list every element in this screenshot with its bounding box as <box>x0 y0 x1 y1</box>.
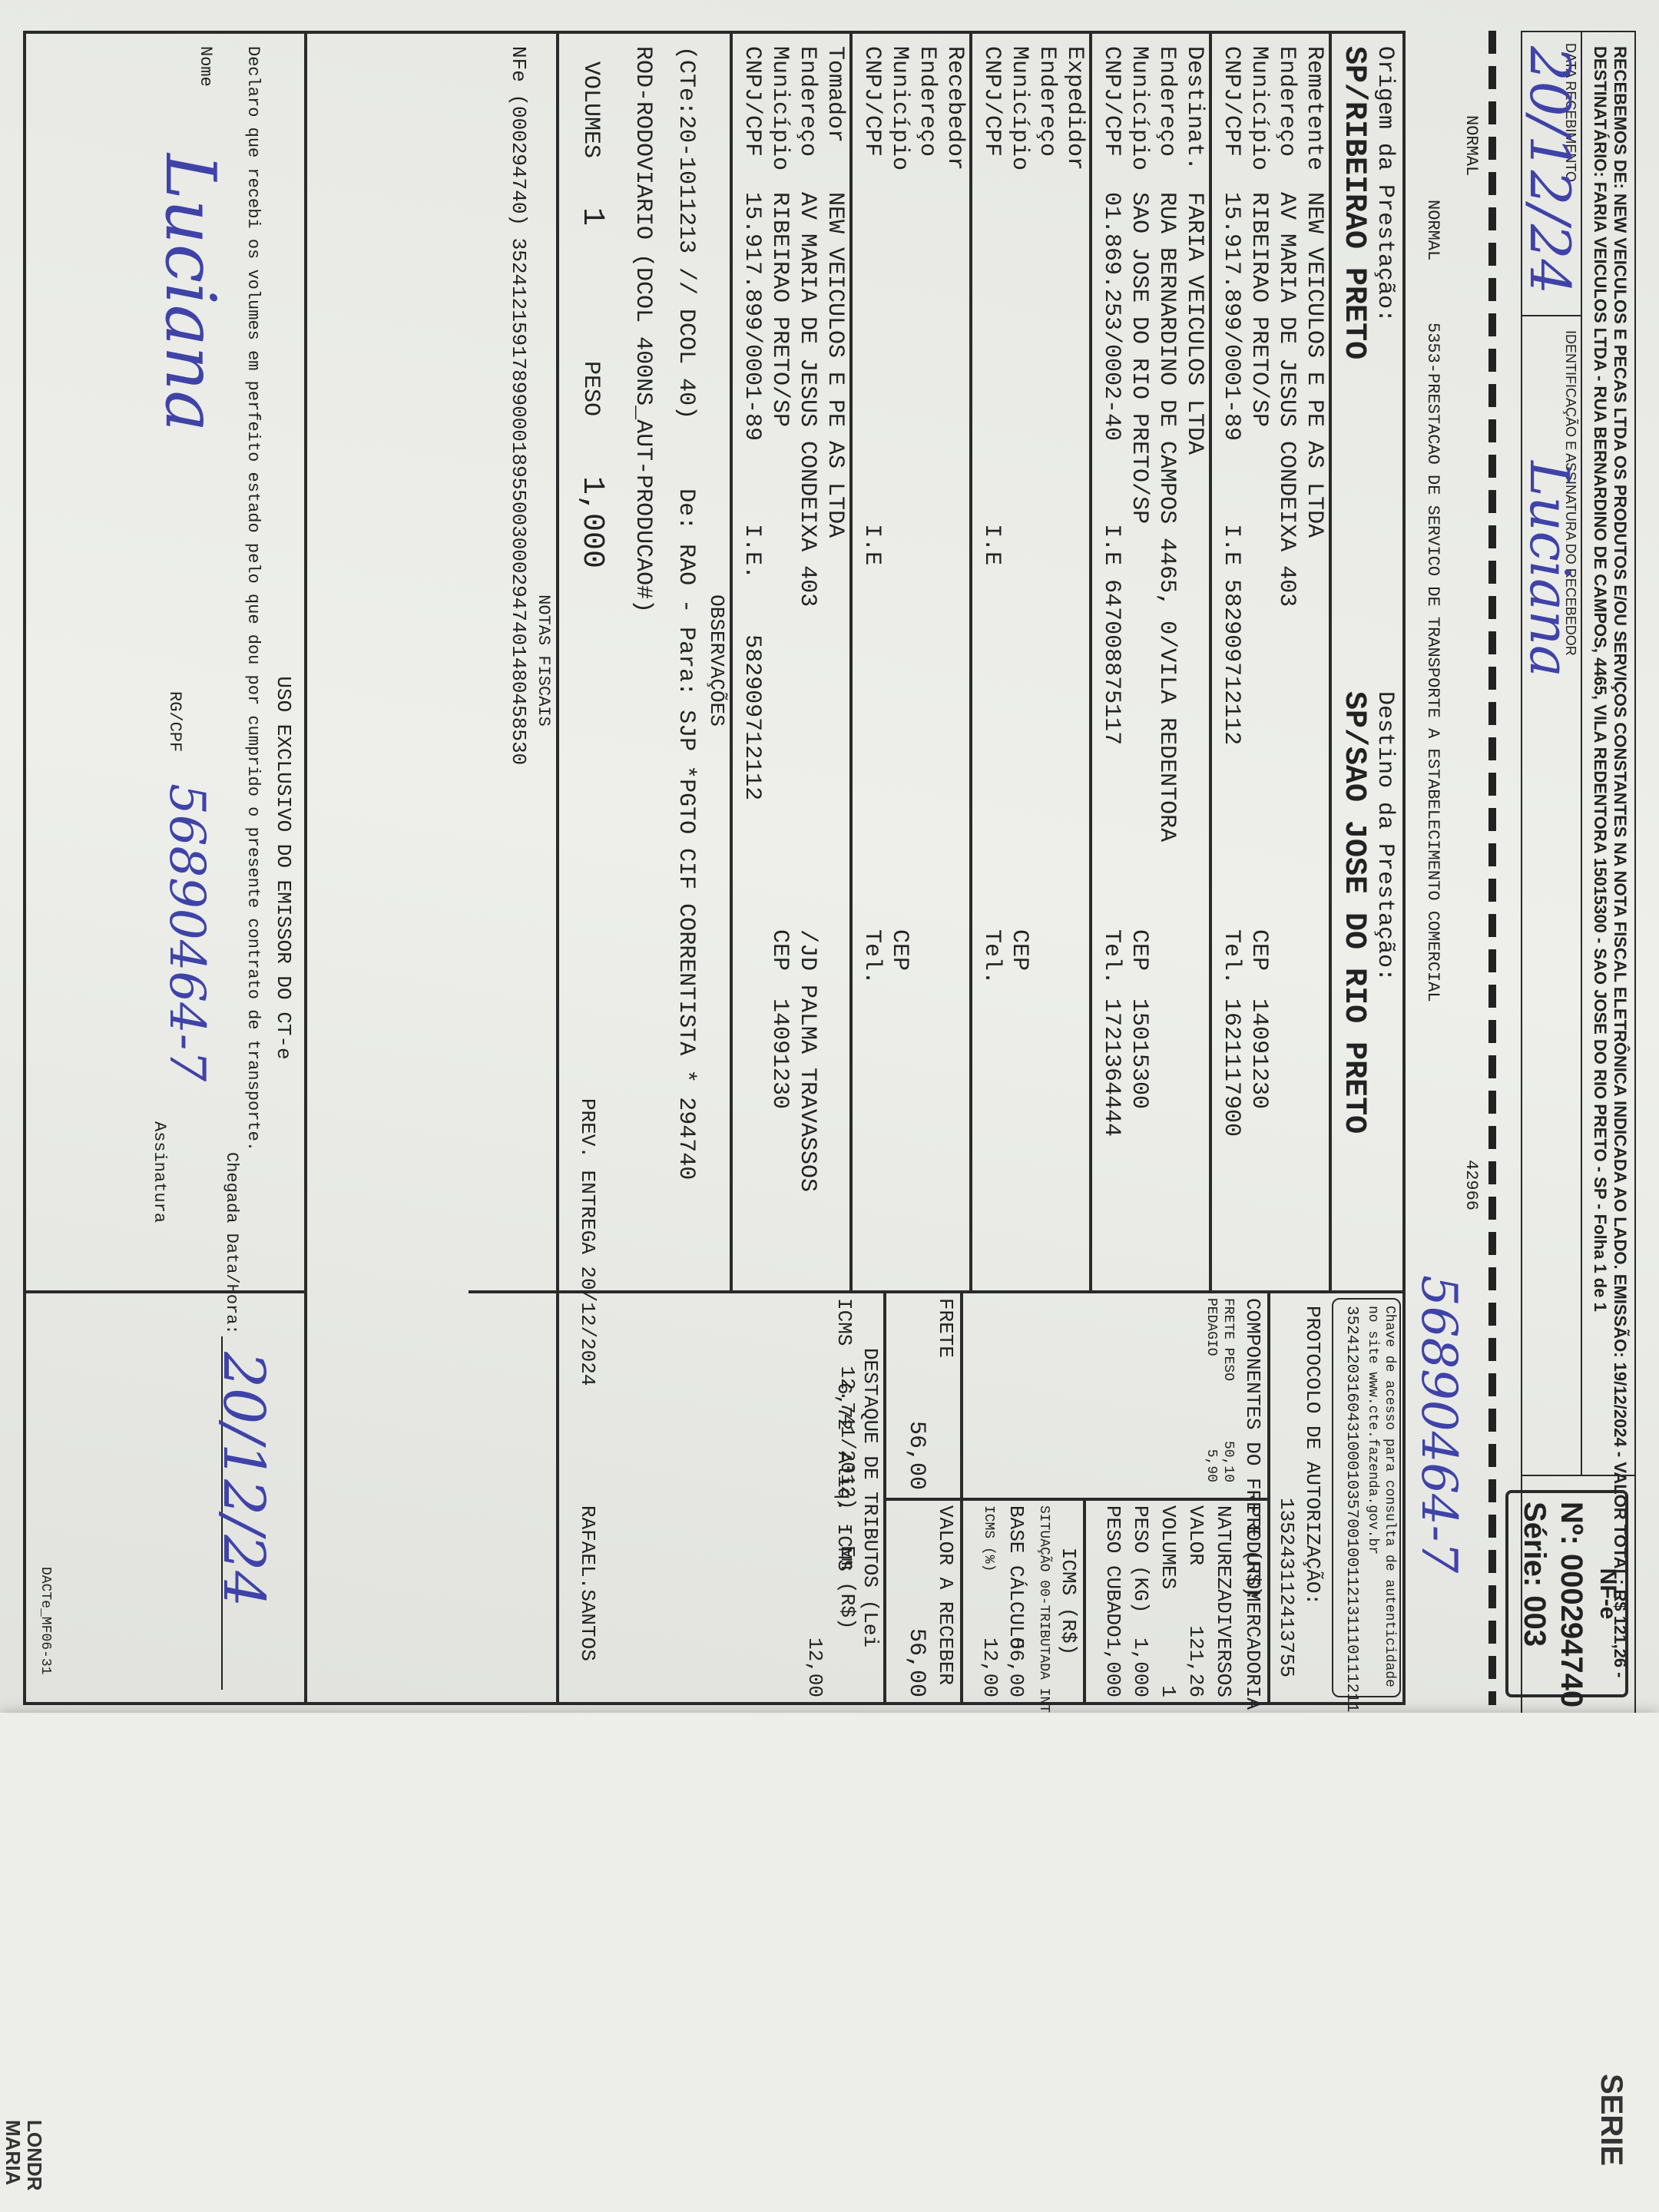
background-fragment-serie: SERIE <box>1594 2074 1628 2166</box>
background-sheet <box>0 1713 1659 2212</box>
handwritten-number: 56890464-7 <box>1410 1275 1467 1573</box>
valor-receber-label: VALOR A RECEBER <box>934 1505 957 1685</box>
recebedor-row-value: I.E <box>859 192 885 565</box>
destinatario-row: EndereçoRUA BERNARDINO DE CAMPOS 4465, 0… <box>1152 46 1180 1275</box>
tomador-row: TomadorNEW VEICULOS E PE AS LTDA <box>820 46 848 1275</box>
expedidor-row-label: Expedidor <box>1061 46 1088 192</box>
recebedor-row-label: Endereço <box>914 46 940 192</box>
nfe-serie: Série: 003 <box>1518 1502 1551 1647</box>
tomador-row-label: CNPJ/CPF <box>739 46 765 192</box>
chegada-label: Chegada Data/Hora: <box>221 1152 241 1335</box>
carga-value: DIVERSOS <box>1207 1601 1235 1697</box>
canhoto-recebemos: RECEBEMOS DE: NEW VEICULOS E PECAS LTDA … <box>1610 46 1630 1678</box>
destinatario-row-value: SAO JOSE DO RIO PRETO/SP <box>1126 192 1152 524</box>
tomador-row: EndereçoAV MARIA DE JESUS CONDEIXA 403/J… <box>793 46 820 1275</box>
icms-aliq-label: ICMS (%) <box>980 1505 997 1571</box>
recebedor-row: CNPJ/CPF I.ETel. <box>857 46 885 1275</box>
remetente-row-value: 15.917.899/0001-89 I.E 582909712112 <box>1218 192 1244 745</box>
tipo-cte: NORMAL <box>1461 115 1481 176</box>
nome-label: Nome <box>195 46 215 87</box>
recebedor-block: RecebedorEndereçoMunicípioCEPCNPJ/CPF I.… <box>857 46 968 1275</box>
tomador-row-value: AV MARIA DE JESUS CONDEIXA 403 <box>794 192 820 607</box>
expedidor-row: Expedidor <box>1060 46 1088 1275</box>
carga-value: 121,26 <box>1180 1625 1207 1697</box>
frete-label: FRETE <box>934 1298 957 1358</box>
icms-title: ICMS (R$) <box>1057 1498 1080 1705</box>
tomador-row-label: Endereço <box>794 46 820 192</box>
remetente-row: MunicípioRIBEIRAO PRETO/SPCEP 14091230 <box>1244 46 1272 1275</box>
remetente-row-value: NEW VEICULOS E PE AS LTDA <box>1301 192 1327 538</box>
rgcpf-label: RG/CPF <box>164 691 184 752</box>
declaracao-text: Declaro que recebi os volumes em perfeit… <box>243 46 263 1151</box>
carga-value: 1,000 <box>1124 1637 1152 1697</box>
protocolo-label: PROTOCOLO DE AUTORIZAÇÃO: <box>1301 1306 1324 1605</box>
carga-value: 1 <box>1152 1685 1180 1697</box>
remetente-block: RemetenteNEW VEICULOS E PE AS LTDAEndere… <box>1217 46 1327 1275</box>
recebedor-row-label: Município <box>886 46 912 192</box>
observacoes-line1: (CTe:20-1011213 // DCOL 40) De: RAO - Pa… <box>673 46 699 1180</box>
tributos-aliq-value: 12,00 <box>803 1590 826 1697</box>
chave-label: Chave de acesso para consulta de autenti… <box>1364 1306 1398 1690</box>
remetente-row: EndereçoAV MARIA DE JESUS CONDEIXA 403 <box>1272 46 1300 1275</box>
volumes-label: VOLUMES <box>578 61 604 158</box>
produto-value: MERCADORIA <box>1241 1590 1264 1710</box>
tomador-row: MunicípioRIBEIRAO PRETO/SPCEP 14091230 <box>765 46 793 1275</box>
remetente-row-label: Município <box>1246 46 1272 192</box>
destino-value: SP/SAO JOSE DO RIO PRETO <box>1336 691 1370 1134</box>
destinatario-row-value: 01.869.253/0002-40 I.E 647008875117 <box>1098 192 1124 745</box>
icms-base-value: 56,00 <box>1005 1598 1028 1697</box>
recebedor-row: MunicípioCEP <box>885 46 912 1275</box>
carga-item: PESO (KG)1,000 <box>1124 1505 1152 1697</box>
recebedor-row-extra: CEP <box>886 929 912 971</box>
produto-label: PRODUTO: <box>1241 1505 1264 1601</box>
notas-fiscais-line: NFe (000294740) 352412159178990001895500… <box>507 46 530 765</box>
expedidor-block: ExpedidorEndereçoMunicípioCEPCNPJ/CPF I.… <box>977 46 1088 1275</box>
remetente-row-label: Remetente <box>1301 46 1327 192</box>
chave-value: 3524120316043100010357001001121311101112… <box>1339 1306 1363 1694</box>
identificacao-signature: Luciana <box>1518 461 1581 677</box>
tomador-row-value: RIBEIRAO PRETO/SP <box>767 192 793 427</box>
remetente-row-value: RIBEIRAO PRETO/SP <box>1246 192 1272 427</box>
dacte-document: RECEBEMOS DE: NEW VEICULOS E PECAS LTDA … <box>0 0 1659 2212</box>
recebedor-row-label: CNPJ/CPF <box>859 46 885 192</box>
remetente-row-extra: CEP 14091230 <box>1246 929 1272 1109</box>
destinatario-row-label: Município <box>1126 46 1152 192</box>
tomador-row-label: Município <box>767 46 793 192</box>
carga-list: NATUREZADIVERSOSVALOR121,26VOLUMES1PESO … <box>1097 1505 1235 1697</box>
observacoes-title: OBSERVAÇÕES <box>705 31 728 1290</box>
origem-value: SP/RIBEIRAO PRETO <box>1336 46 1370 359</box>
carga-item: PESO CUBADO1,000 <box>1097 1505 1124 1697</box>
destinatario-row: Destinat.FARIA VEICULOS LTDA <box>1180 46 1207 1275</box>
chegada-value: 20/12/24 <box>210 1352 276 1607</box>
icms-aliq-value: 12,00 <box>979 1598 1002 1697</box>
recebedor-row-label: Recebedor <box>942 46 968 192</box>
cfop: 5353-PRESTACAO DE SERVICO DE TRANSPORTE … <box>1422 323 1442 1002</box>
carga-item: VOLUMES1 <box>1152 1505 1180 1697</box>
expedidor-row: CNPJ/CPF I.ETel. <box>977 46 1005 1275</box>
protocolo-value: 135243112413755 <box>1275 1498 1298 1677</box>
atendente: RAFAEL.SANTOS <box>576 1505 599 1661</box>
frete-value: 56,00 <box>903 1382 929 1490</box>
cut-line <box>1488 31 1496 1705</box>
peso-value: 1,000 <box>575 476 608 568</box>
recebedor-row: Endereço <box>912 46 940 1275</box>
tomador-row-extra: CEP 14091230 <box>767 929 793 1109</box>
tomador-block: TomadorNEW VEICULOS E PE AS LTDAEndereço… <box>737 46 848 1275</box>
componentes-list: FRETE PESO50,10PEDAGIO5,90 <box>1203 1298 1237 1482</box>
destinatario-block: Destinat.FARIA VEICULOS LTDAEndereçoRUA … <box>1097 46 1207 1275</box>
remetente-row: RemetenteNEW VEICULOS E PE AS LTDA <box>1300 46 1327 1275</box>
destinatario-row-extra: Tel. 1721364444 <box>1098 929 1124 1137</box>
background-fragment-londr: LONDR <box>23 2120 46 2190</box>
tributos-aliq-label: Aliq. ICMS <box>833 1452 856 1571</box>
tipo-servico: NORMAL <box>1422 200 1442 260</box>
componente-item: FRETE PESO50,10 <box>1220 1298 1237 1482</box>
prev-entrega: PREV. ENTREGA 20/12/2024 <box>576 1098 599 1386</box>
expedidor-row-extra: CEP <box>1006 929 1032 971</box>
tomador-row-extra: /JD PALMA TRAVASSOS <box>794 929 820 1192</box>
destinatario-row: CNPJ/CPF01.869.253/0002-40 I.E 647008875… <box>1097 46 1124 1275</box>
carga-label: NATUREZA <box>1207 1505 1235 1601</box>
nfe-numero: Nº: 000294740 <box>1555 1502 1588 1707</box>
remetente-row: CNPJ/CPF15.917.899/0001-89 I.E 582909712… <box>1217 46 1244 1275</box>
peso-label: PESO <box>578 361 604 416</box>
carga-item: NATUREZADIVERSOS <box>1207 1505 1235 1697</box>
expedidor-row-value: I.E <box>979 192 1005 565</box>
canhoto-destinatario: DESTINATÁRIO: FARIA VEICULOS LTDA - RUA … <box>1590 46 1610 1312</box>
recebedor-row-extra: Tel. <box>859 929 885 985</box>
expedidor-row-label: Endereço <box>1034 46 1060 192</box>
fragment-number: 42966 <box>1461 1160 1481 1210</box>
observacoes-line2: ROD-RODOVIARIO (DCOL 400NS_AUT-PRODUCAO#… <box>630 46 656 613</box>
assinatura-label: Assinatura <box>149 1121 169 1223</box>
expedidor-row-label: Município <box>1006 46 1032 192</box>
carga-item: VALOR121,26 <box>1180 1505 1207 1697</box>
destinatario-row-extra: CEP 15015300 <box>1126 929 1152 1109</box>
destinatario-row-value: RUA BERNARDINO DE CAMPOS 4465, 0/VILA RE… <box>1154 192 1180 842</box>
remetente-row-extra: Tel. 1621117900 <box>1218 929 1244 1137</box>
carga-value: 1,000 <box>1097 1637 1124 1697</box>
remetente-row-label: CNPJ/CPF <box>1218 46 1244 192</box>
destinatario-row-label: CNPJ/CPF <box>1098 46 1124 192</box>
carga-label: PESO CUBADO <box>1097 1505 1124 1637</box>
valor-receber-value: 56,00 <box>903 1590 929 1697</box>
destinatario-row-value: FARIA VEICULOS LTDA <box>1181 192 1207 455</box>
carga-label: VOLUMES <box>1152 1505 1180 1589</box>
recebedor-row: Recebedor <box>940 46 968 1275</box>
remetente-row-label: Endereço <box>1273 46 1300 192</box>
expedidor-row-label: CNPJ/CPF <box>979 46 1005 192</box>
data-recebimento-value: 20/12/24 <box>1518 46 1582 294</box>
nome-signature: Luciana <box>150 154 230 432</box>
expedidor-row: Endereço <box>1032 46 1060 1275</box>
tributos-icms-label: ICMS <box>833 1298 856 1346</box>
notas-fiscais-title: NOTAS FISCAIS <box>533 31 553 1290</box>
remetente-row-value: AV MARIA DE JESUS CONDEIXA 403 <box>1273 192 1300 607</box>
componente-value: 5,90 <box>1203 1449 1220 1482</box>
rgcpf-value: 56890464-7 <box>158 783 215 1081</box>
destinatario-row-label: Endereço <box>1154 46 1180 192</box>
destino-label: Destino da Prestação: <box>1372 691 1398 982</box>
background-fragment-maria: MARIA <box>2 2120 25 2185</box>
expedidor-row: MunicípioCEP <box>1005 46 1032 1275</box>
volumes-value: 1 <box>575 207 608 226</box>
componente-item: PEDAGIO5,90 <box>1203 1298 1220 1482</box>
dacte-modelo: DACTe_MF06-31 <box>37 1567 54 1674</box>
tomador-row: CNPJ/CPF15.917.899/0001-89 I.E. 58290971… <box>737 46 765 1275</box>
carga-label: VALOR <box>1180 1505 1207 1565</box>
carga-label: PESO (KG) <box>1124 1505 1152 1613</box>
nfe-title: NF-e <box>1594 1490 1621 1697</box>
tomador-row-label: Tomador <box>822 46 848 192</box>
tomador-row-value: NEW VEICULOS E PE AS LTDA <box>822 192 848 538</box>
componente-label: PEDAGIO <box>1203 1298 1220 1356</box>
expedidor-row-extra: Tel. <box>979 929 1005 985</box>
componente-value: 50,10 <box>1220 1441 1237 1482</box>
tributos-icms-value: 6,72 <box>833 1382 856 1430</box>
componente-label: FRETE PESO <box>1220 1298 1237 1381</box>
tomador-row-value: 15.917.899/0001-89 I.E. 582909712112 <box>739 192 765 800</box>
destinatario-row-label: Destinat. <box>1181 46 1207 192</box>
destinatario-row: MunicípioSAO JOSE DO RIO PRETO/SPCEP 150… <box>1124 46 1152 1275</box>
origem-label: Origem da Prestação: <box>1372 46 1398 323</box>
